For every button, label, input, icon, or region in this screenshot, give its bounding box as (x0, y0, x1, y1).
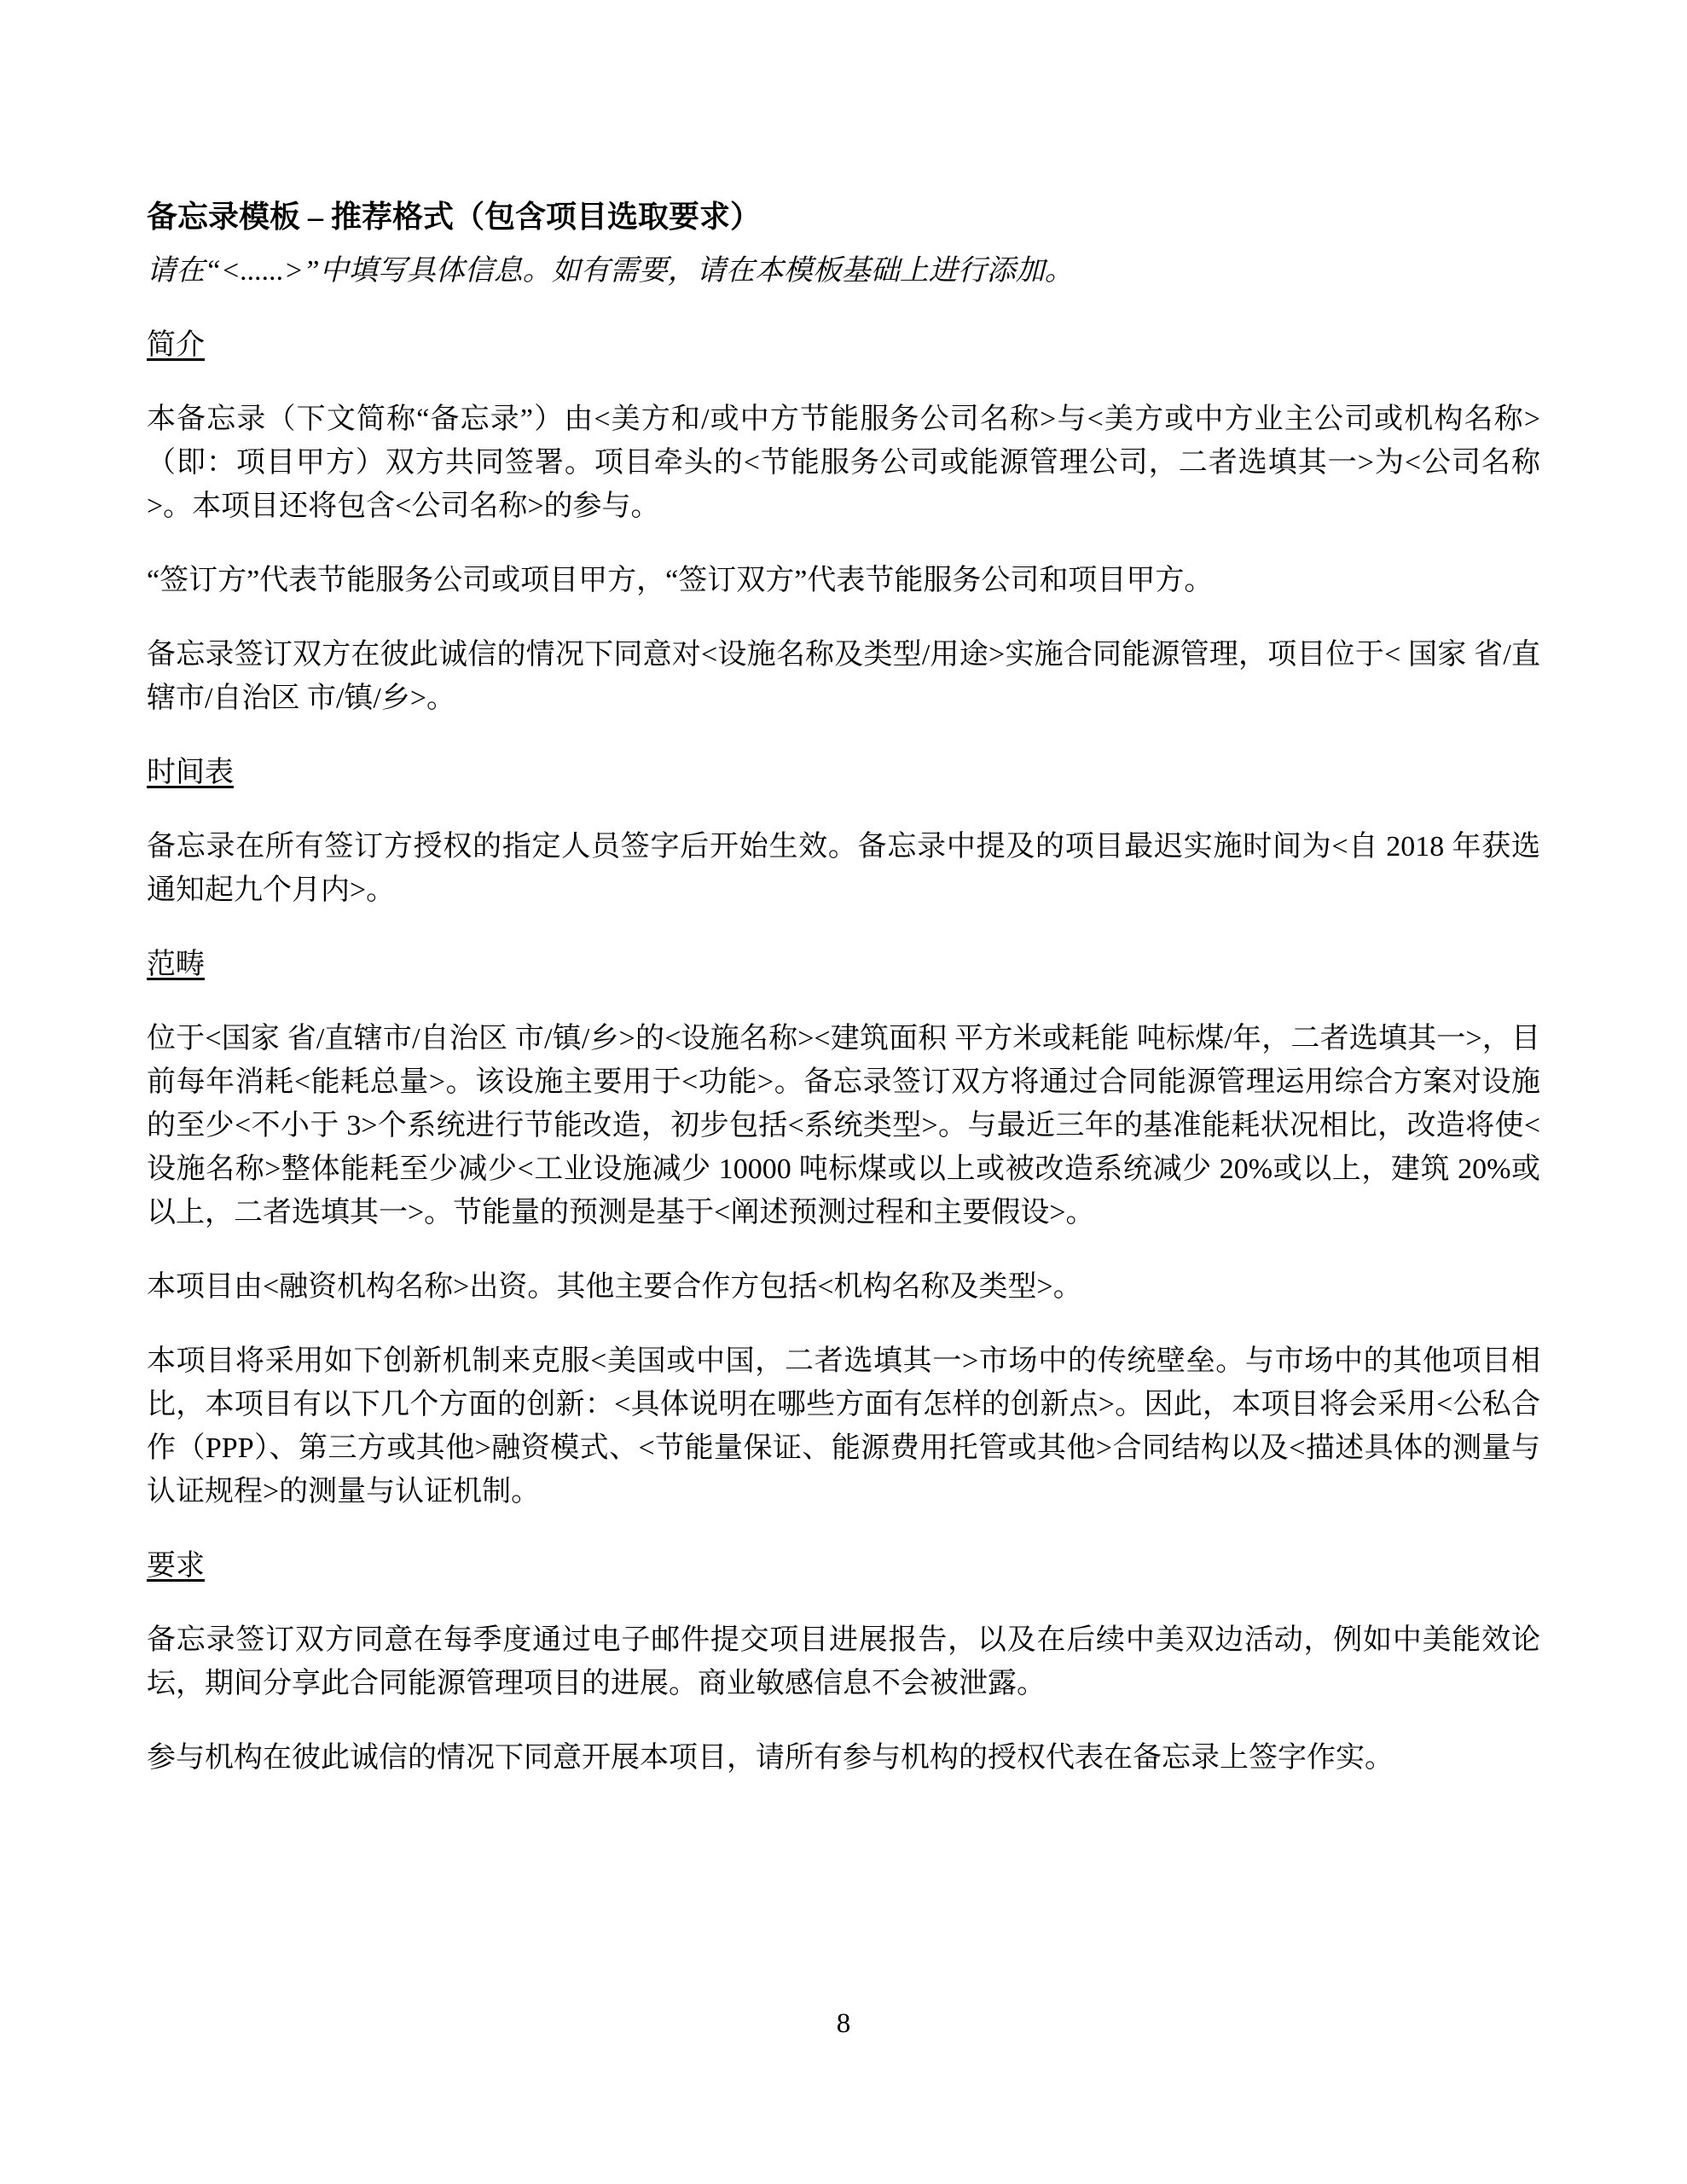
template-instructions: 请在“<......>”中填写具体信息。如有需要，请在本模板基础上进行添加。 (147, 249, 1540, 293)
document-content: 备忘录模板 – 推荐格式（包含项目选取要求） 请在“<......>”中填写具体… (147, 193, 1540, 1810)
section-heading-timeline: 时间表 (147, 751, 1540, 794)
page-number: 8 (0, 2007, 1687, 2041)
paragraph-scope-innovation: 本项目将采用如下创新机制来克服<美国或中国，二者选填其一>市场中的传统壁垒。与市… (147, 1339, 1540, 1513)
paragraph-scope-financing: 本项目由<融资机构名称>出资。其他主要合作方包括<机构名称及类型>。 (147, 1265, 1540, 1309)
paragraph-requirements-signature: 参与机构在彼此诚信的情况下同意开展本项目，请所有参与机构的授权代表在备忘录上签字… (147, 1736, 1540, 1780)
document-title: 备忘录模板 – 推荐格式（包含项目选取要求） (147, 193, 1540, 241)
paragraph-scope-facility: 位于<国家 省/直辖市/自治区 市/镇/乡>的<设施名称><建筑面积 平方米或耗… (147, 1017, 1540, 1234)
section-heading-scope: 范畴 (147, 943, 1540, 986)
paragraph-intro-agreement: 备忘录签订双方在彼此诚信的情况下同意对<设施名称及类型/用途>实施合同能源管理，… (147, 633, 1540, 720)
paragraph-timeline: 备忘录在所有签订方授权的指定人员签字后开始生效。备忘录中提及的项目最迟实施时间为… (147, 825, 1540, 912)
paragraph-requirements-reporting: 备忘录签订双方同意在每季度通过电子邮件提交项目进展报告，以及在后续中美双边活动，… (147, 1618, 1540, 1705)
paragraph-intro-definitions: “签订方”代表节能服务公司或项目甲方，“签订双方”代表节能服务公司和项目甲方。 (147, 559, 1540, 602)
section-heading-intro: 简介 (147, 323, 1540, 367)
section-heading-requirements: 要求 (147, 1544, 1540, 1588)
document-page: 备忘录模板 – 推荐格式（包含项目选取要求） 请在“<......>”中填写具体… (0, 0, 1687, 2184)
paragraph-intro-parties: 本备忘录（下文简称“备忘录”）由<美方和/或中方节能服务公司名称>与<美方或中方… (147, 398, 1540, 528)
